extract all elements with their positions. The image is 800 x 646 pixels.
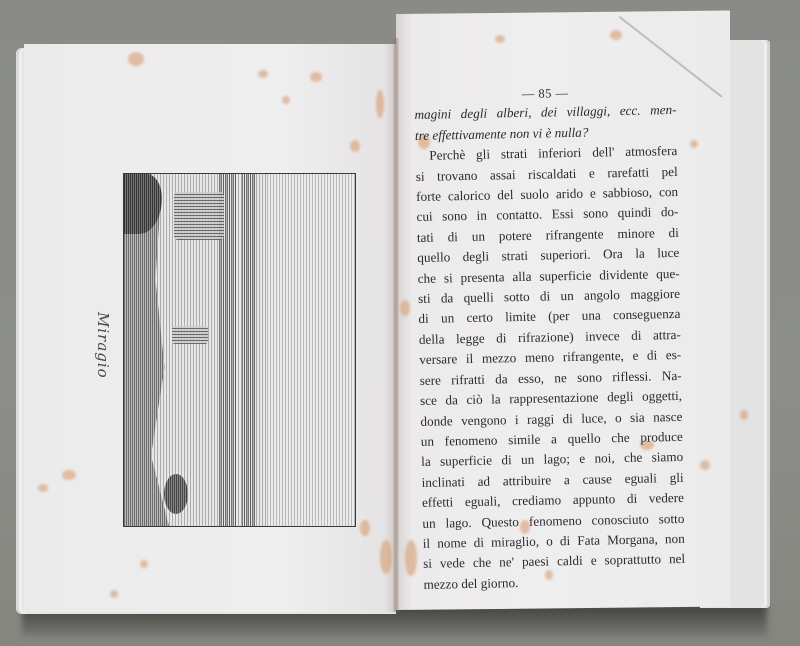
illustration-caption: Miragio (94, 312, 112, 379)
engraving-figure (172, 326, 208, 344)
right-page-text: — 85 — magini degli alberi, dei villaggi… (414, 81, 686, 595)
engraving-figures-group (174, 192, 224, 240)
book-gutter (393, 38, 399, 612)
engraving-shrub (164, 474, 188, 514)
mirage-engraving (123, 173, 356, 527)
engraving-sky (267, 174, 355, 526)
engraving-ridge (242, 174, 256, 526)
